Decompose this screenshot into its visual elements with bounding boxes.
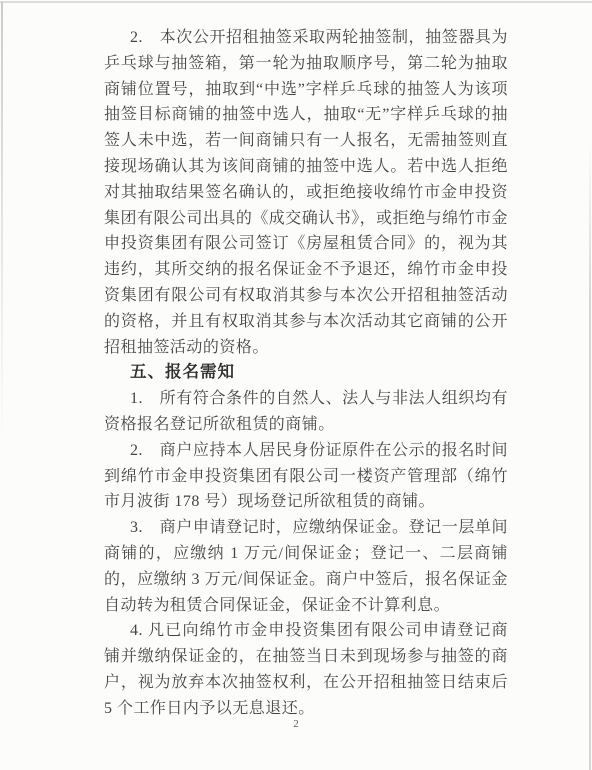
page-number: 2 <box>0 718 592 730</box>
paragraph-deposit-rules: 3. 商户申请登记时，应缴纳保证金。登记一层单间商铺的，应缴纳 1 万元/间保证… <box>104 515 508 618</box>
scan-edge-left <box>1 2 3 442</box>
document-body: 2. 本次公开招租抽签采取两轮抽签制，抽签器具为乒乓球与抽签箱，第一轮为抽取顺序… <box>104 25 508 722</box>
paragraph-eligibility: 1. 所有符合条件的自然人、法人与非法人组织均有资格报名登记所欲租赁的商铺。 <box>104 386 508 438</box>
scan-edge-top <box>0 1 592 3</box>
scan-edge-right <box>589 140 591 770</box>
scanned-document-page: 2. 本次公开招租抽签采取两轮抽签制，抽签器具为乒乓球与抽签箱，第一轮为抽取顺序… <box>0 0 592 770</box>
paragraph-absence-refund: 4. 凡已向绵竹市金申投资集团有限公司申请登记商铺并缴纳保证金的，在抽签当日未到… <box>104 618 508 721</box>
paragraph-registration-location: 2. 商户应持本人居民身份证原件在公示的报名时间到绵竹市金申投资集团有限公司一楼… <box>104 438 508 515</box>
section-heading-registration-notice: 五、报名需知 <box>104 360 508 386</box>
paragraph-lottery-procedure: 2. 本次公开招租抽签采取两轮抽签制，抽签器具为乒乓球与抽签箱，第一轮为抽取顺序… <box>104 25 508 360</box>
